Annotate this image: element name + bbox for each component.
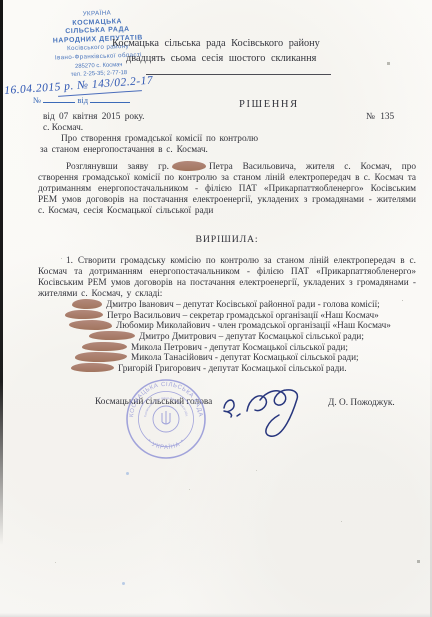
member-row: Любомир Миколайович - член громадської о… bbox=[69, 320, 430, 331]
council-name: Космацька сільська рада Косівського райо… bbox=[112, 38, 337, 49]
member-text: Микола Танасійович - депутат Космацької … bbox=[131, 353, 359, 363]
member-row: Микола Петрович - депутат Космацької сіл… bbox=[82, 342, 430, 353]
scanned-document: УКРАЇНА КОСМАЦЬКА СІЛЬСЬКА РАДА НАРОДНИХ… bbox=[0, 0, 432, 617]
member-row: Дмитро Іванович – депутат Косівської рай… bbox=[72, 299, 430, 310]
redaction-blob bbox=[89, 331, 135, 341]
decision-title: РІШЕННЯ bbox=[239, 99, 299, 110]
scan-edge-bottom bbox=[0, 613, 432, 617]
member-text: Дмитро Дмитрович – депутат Космацької сі… bbox=[139, 332, 364, 342]
member-row: Григорій Григорович - депутат Космацької… bbox=[71, 363, 430, 374]
handwritten-signature bbox=[216, 383, 328, 439]
ink-speck bbox=[126, 472, 129, 475]
svg-text:* УКРАЇНА *: * УКРАЇНА * bbox=[146, 439, 187, 451]
member-text: Григорій Григорович - депутат Космацької… bbox=[118, 364, 347, 374]
member-row: Дмитро Дмитрович – депутат Космацької сі… bbox=[89, 331, 430, 342]
commission-members-list: Дмитро Іванович – депутат Косівської рай… bbox=[40, 299, 430, 373]
scan-edge-left bbox=[0, 0, 3, 545]
redaction-blob bbox=[82, 342, 127, 352]
paper-specks bbox=[0, 0, 1, 1]
header-rule bbox=[146, 74, 331, 75]
member-row: Петро Васильович – секретар громадської … bbox=[65, 310, 430, 321]
seal-bottom-text: * УКРАЇНА * bbox=[146, 439, 187, 451]
subject-line-2: за станом енергопостачання в с. Космач. bbox=[40, 145, 208, 155]
round-council-seal: КОСМАЦЬКА СІЛЬСЬКА РАДА Косівського р-ну… bbox=[124, 377, 208, 461]
decision-date: від 07 квітня 2015 року. bbox=[43, 112, 144, 122]
registration-no-blank bbox=[43, 95, 75, 103]
subject-line-1: Про створення громадської комісії по кон… bbox=[61, 134, 258, 144]
registration-line: № від bbox=[33, 95, 130, 105]
registration-no-label: № bbox=[33, 95, 41, 105]
registration-vid-blank bbox=[90, 95, 130, 103]
decision-number: № 135 bbox=[366, 112, 394, 122]
member-text: Любомир Миколайович - член громадської о… bbox=[116, 321, 391, 331]
signatory-name: Д. О. Пожоджук. bbox=[328, 398, 395, 408]
resolved-heading: ВИРІШИЛА: bbox=[38, 234, 416, 245]
redaction-blob bbox=[172, 161, 206, 171]
resolution-item-1: 1. Створити громадську комісію по контро… bbox=[38, 256, 416, 300]
session-line: двадцять сьома сесія шостого скликання bbox=[126, 53, 336, 64]
member-text: Дмитро Іванович – депутат Косівської рай… bbox=[106, 300, 380, 310]
redaction-blob bbox=[71, 363, 114, 373]
member-text: Петро Васильович – секретар громадської … bbox=[107, 311, 379, 321]
member-row: Микола Танасійович - депутат Космацької … bbox=[75, 352, 430, 363]
decision-place: с. Космач. bbox=[43, 123, 83, 133]
preamble-paragraph: Розглянувши заяву гр.Петра Васильовича, … bbox=[38, 161, 416, 217]
registration-vid-label: від bbox=[77, 95, 88, 105]
redaction-blob bbox=[65, 310, 103, 320]
redaction-blob bbox=[72, 299, 102, 309]
member-text: Микола Петрович - депутат Космацької сіл… bbox=[131, 343, 348, 353]
ink-speck bbox=[122, 582, 125, 585]
redaction-blob bbox=[75, 352, 127, 362]
preamble-text-pre: Розглянувши заяву гр. bbox=[66, 162, 169, 172]
redaction-blob bbox=[69, 320, 112, 330]
